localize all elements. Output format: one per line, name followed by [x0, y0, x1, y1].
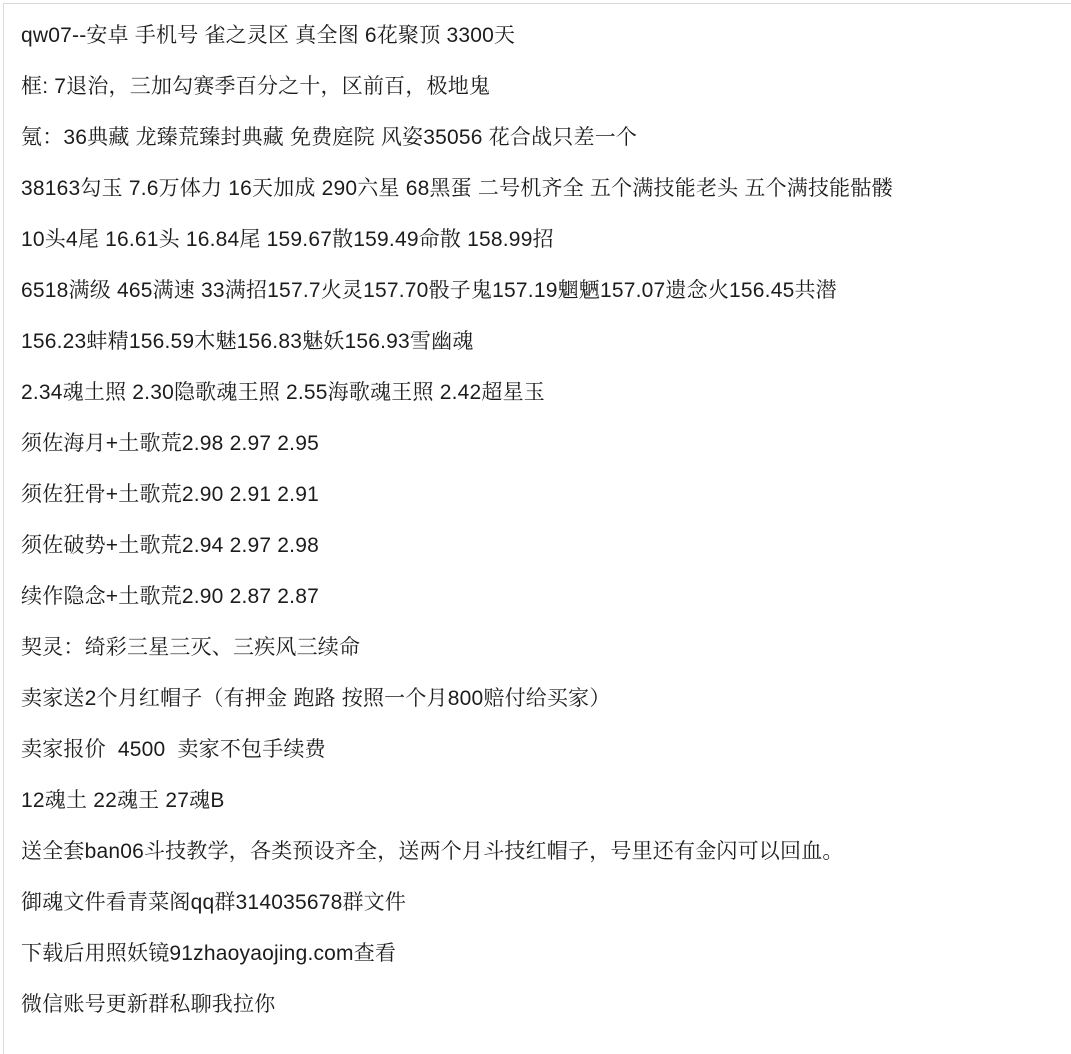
- text-line: qw07--安卓 手机号 雀之灵区 真全图 6花聚顶 3300天: [21, 22, 1061, 49]
- text-line: 须佐狂骨+土歌荒2.90 2.91 2.91: [21, 481, 1061, 508]
- text-line: 卖家送2个月红帽子（有押金 跑路 按照一个月800赔付给买家）: [21, 685, 1061, 712]
- text-line: 须佐破势+土歌荒2.94 2.97 2.98: [21, 532, 1061, 559]
- text-line: 氪：36典藏 龙臻荒臻封典藏 免费庭院 风姿35056 花合战只差一个: [21, 124, 1061, 151]
- text-line: 送全套ban06斗技教学，各类预设齐全，送两个月斗技红帽子，号里还有金闪可以回血…: [21, 838, 1061, 865]
- text-line: 12魂土 22魂王 27魂B: [21, 787, 1061, 814]
- text-line: 框: 7退治，三加勾赛季百分之十，区前百，极地鬼: [21, 73, 1061, 100]
- text-line: 156.23蚌精156.59木魅156.83魅妖156.93雪幽魂: [21, 328, 1061, 355]
- text-line: 6518满级 465满速 33满招157.7火灵157.70骰子鬼157.19魍…: [21, 277, 1061, 304]
- text-line: 续作隐念+土歌荒2.90 2.87 2.87: [21, 583, 1061, 610]
- text-line: 卖家报价 4500 卖家不包手续费: [21, 736, 1061, 763]
- text-line: 下载后用照妖镜91zhaoyaojing.com查看: [21, 940, 1061, 967]
- text-line: 御魂文件看青菜阁qq群314035678群文件: [21, 889, 1061, 916]
- text-line: 契灵：绮彩三星三灭、三疾风三续命: [21, 634, 1061, 661]
- document-page: qw07--安卓 手机号 雀之灵区 真全图 6花聚顶 3300天 框: 7退治，…: [3, 3, 1071, 1054]
- text-line: 2.34魂土照 2.30隐歌魂王照 2.55海歌魂王照 2.42超星玉: [21, 379, 1061, 406]
- text-line: 10头4尾 16.61头 16.84尾 159.67散159.49命散 158.…: [21, 226, 1061, 253]
- text-line: 38163勾玉 7.6万体力 16天加成 290六星 68黑蛋 二号机齐全 五个…: [21, 175, 1061, 202]
- text-line: 须佐海月+土歌荒2.98 2.97 2.95: [21, 430, 1061, 457]
- text-line: 微信账号更新群私聊我拉你: [21, 991, 1061, 1018]
